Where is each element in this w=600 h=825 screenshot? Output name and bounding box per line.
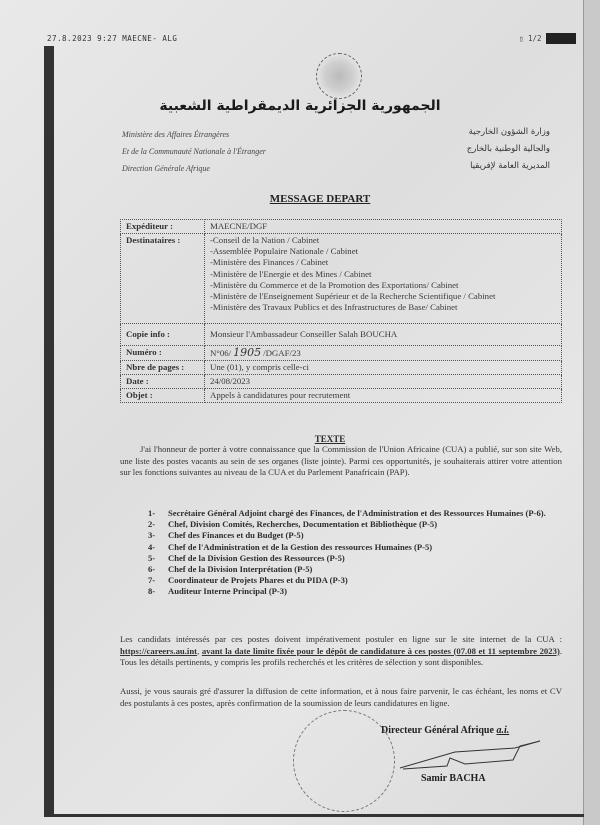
item-text: Chef de la Division Interprétation (P-5): [168, 564, 312, 575]
item-number: 6-: [148, 564, 168, 575]
list-item: -Ministère de l'Enseignement Supérieur e…: [210, 291, 556, 302]
intro-paragraph: J'ai l'honneur de porter à votre connais…: [120, 444, 562, 479]
numero-suffix: /DGAF/23: [263, 348, 301, 358]
republic-title-arabic: الجمهورية الجزائرية الديمقراطية الشعبية: [0, 98, 600, 114]
message-title: MESSAGE DEPART: [0, 193, 600, 205]
table-row: Copie info : Monsieur l'Ambassadeur Cons…: [121, 324, 562, 346]
destinataires-label: Destinataires :: [121, 234, 205, 324]
list-item: 1-Secrétaire Général Adjoint chargé des …: [148, 508, 562, 519]
left-border-bar: [44, 46, 54, 816]
list-item: -Ministère du Commerce et de la Promotio…: [210, 280, 556, 291]
expediteur-value: MAECNE/DGF: [205, 220, 562, 234]
scanned-fax-page: 27.8.2023 9:27 MAECNE- ALG ▯ 1/2 الجمهور…: [0, 0, 600, 825]
text-span: Les candidats intéressés par ces postes …: [120, 634, 562, 644]
ministry-line: Ministère des Affaires Étrangères: [122, 126, 266, 143]
ministry-line-arabic: والجالية الوطنية بالخارج: [467, 141, 550, 158]
list-item: 2-Chef, Division Comités, Recherches, Do…: [148, 519, 562, 530]
table-row: Numéro : N°06/1905/DGAF/23: [121, 346, 562, 361]
list-item: -Ministère des Travaux Publics et des In…: [210, 302, 556, 313]
item-number: 5-: [148, 553, 168, 564]
copie-value: Monsieur l'Ambassadeur Conseiller Salah …: [205, 324, 562, 346]
list-item: 3-Chef des Finances et du Budget (P-5): [148, 530, 562, 541]
texte-heading: TEXTE: [0, 434, 600, 444]
handwritten-number: 1905: [233, 346, 261, 359]
list-item: 5-Chef de la Division Gestion des Ressou…: [148, 553, 562, 564]
ministry-line: Et de la Communauté Nationale à l'Étrang…: [122, 143, 266, 160]
pages-value: Une (01), y compris celle-ci: [205, 361, 562, 375]
expediteur-label: Expéditeur :: [121, 220, 205, 234]
table-row: Expéditeur : MAECNE/DGF: [121, 220, 562, 234]
numero-label: Numéro :: [121, 346, 205, 361]
table-row: Nbre de pages : Une (01), y compris cell…: [121, 361, 562, 375]
list-item: 4-Chef de l'Administration et de la Gest…: [148, 542, 562, 553]
item-text: Chef de l'Administration et de la Gestio…: [168, 542, 432, 553]
item-number: 1-: [148, 508, 168, 519]
deadline-text: avant la date limite fixée pour le dépôt…: [202, 646, 560, 656]
date-label: Date :: [121, 375, 205, 389]
ministry-line-arabic: المديرية العامة لإفريقيا: [467, 158, 550, 175]
message-metadata-table: Expéditeur : MAECNE/DGF Destinataires : …: [120, 219, 562, 403]
official-stamp-icon: [293, 710, 395, 812]
fax-page-counter: ▯ 1/2: [519, 34, 542, 43]
careers-link[interactable]: https://careers.au.int: [120, 646, 197, 656]
list-item: -Ministère de l'Energie et des Mines / C…: [210, 269, 556, 280]
signatory-name: Samir BACHA: [421, 773, 486, 784]
handwritten-signature-icon: [395, 738, 545, 773]
item-text: Chef de la Division Gestion des Ressourc…: [168, 553, 345, 564]
copie-label: Copie info :: [121, 324, 205, 346]
table-row: Date : 24/08/2023: [121, 375, 562, 389]
interim-suffix: a.i.: [496, 725, 509, 736]
ministry-header-french: Ministère des Affaires Étrangères Et de …: [122, 126, 266, 177]
table-row: Objet : Appels à candidatures pour recru…: [121, 389, 562, 403]
list-item: -Ministère des Finances / Cabinet: [210, 257, 556, 268]
page-number: 1/2: [528, 34, 542, 43]
item-text: Chef, Division Comités, Recherches, Docu…: [168, 519, 437, 530]
item-text: Chef des Finances et du Budget (P-5): [168, 530, 304, 541]
pages-label: Nbre de pages :: [121, 361, 205, 375]
list-item: 8-Auditeur Interne Principal (P-3): [148, 586, 562, 597]
numero-prefix: N°06/: [210, 348, 231, 358]
closing-paragraph: Aussi, je vous saurais gré d'assurer la …: [120, 686, 562, 709]
positions-list: 1-Secrétaire Général Adjoint chargé des …: [148, 508, 562, 598]
item-text: Secrétaire Général Adjoint chargé des Fi…: [168, 508, 546, 519]
item-number: 8-: [148, 586, 168, 597]
fax-timestamp-header: 27.8.2023 9:27 MAECNE- ALG: [47, 34, 177, 43]
item-text: Auditeur Interne Principal (P-3): [168, 586, 287, 597]
signatory-role: Directeur Général Afrique: [381, 725, 494, 736]
destinataires-list: -Conseil de la Nation / Cabinet -Assembl…: [205, 234, 562, 324]
scan-edge: [583, 0, 600, 825]
application-paragraph: Les candidats intéressés par ces postes …: [120, 634, 562, 669]
ministry-line: Direction Générale Afrique: [122, 160, 266, 177]
numero-value: N°06/1905/DGAF/23: [205, 346, 562, 361]
list-item: -Conseil de la Nation / Cabinet: [210, 235, 556, 246]
objet-value: Appels à candidatures pour recrutement: [205, 389, 562, 403]
ministry-line-arabic: وزارة الشؤون الخارجية: [467, 124, 550, 141]
table-row: Destinataires : -Conseil de la Nation / …: [121, 234, 562, 324]
date-value: 24/08/2023: [205, 375, 562, 389]
list-item: -Assemblée Populaire Nationale / Cabinet: [210, 246, 556, 257]
item-number: 2-: [148, 519, 168, 530]
list-item: 6-Chef de la Division Interprétation (P-…: [148, 564, 562, 575]
bottom-border-bar: [44, 814, 584, 817]
page-icon: ▯: [519, 34, 528, 43]
objet-label: Objet :: [121, 389, 205, 403]
item-number: 4-: [148, 542, 168, 553]
signatory-title: Directeur Général Afrique a.i.: [381, 725, 509, 736]
item-number: 7-: [148, 575, 168, 586]
item-number: 3-: [148, 530, 168, 541]
state-emblem-icon: [316, 53, 362, 99]
item-text: Coordinateur de Projets Phares et du PID…: [168, 575, 348, 586]
list-item: 7-Coordinateur de Projets Phares et du P…: [148, 575, 562, 586]
redacted-block: [546, 33, 576, 44]
ministry-header-arabic: وزارة الشؤون الخارجية والجالية الوطنية ب…: [467, 124, 550, 175]
